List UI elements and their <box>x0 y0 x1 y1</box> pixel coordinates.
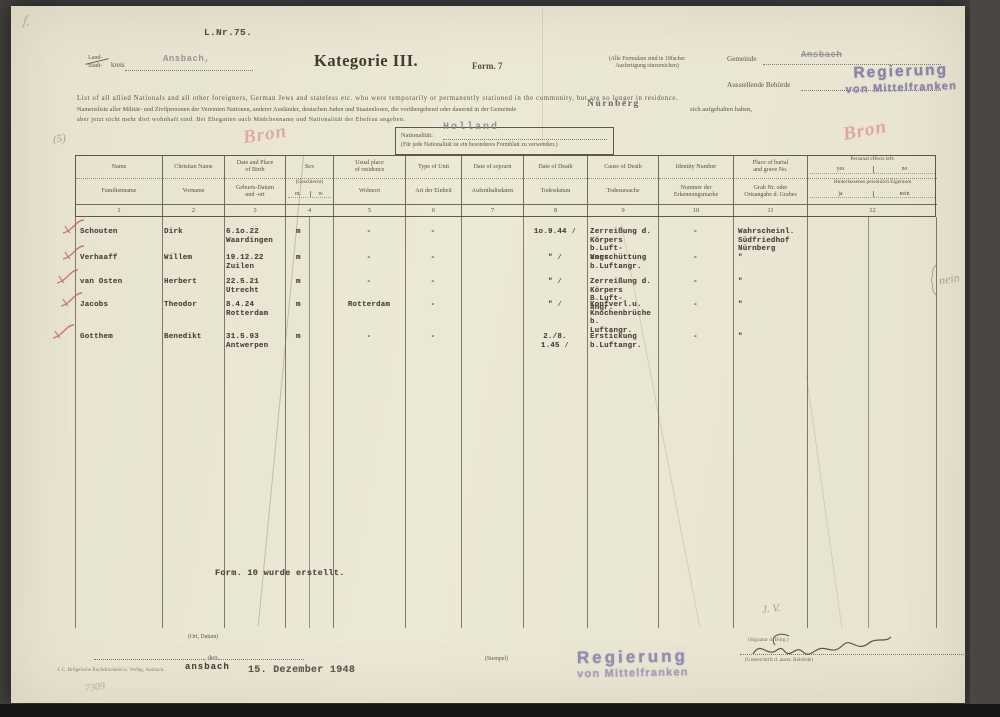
cell-r3-c4: m <box>285 278 333 287</box>
nationality-note: (Für jede Nationalität ist ein besondere… <box>401 142 558 149</box>
pencil-number: 7309 <box>84 681 105 694</box>
regierung-stamp-top: Regierung von Mittelfranken <box>821 60 982 97</box>
table-row: VerhaaffWillem19.12.22 Zuilenm--" ⁄Versc… <box>75 254 936 271</box>
cell-r4-c11: " <box>733 301 807 310</box>
stempel-label: (Stempel) <box>485 656 508 663</box>
form10-note: Form. 10 wurde erstellt. <box>215 568 345 578</box>
cell-r2-c1: Verhaaff <box>75 254 162 263</box>
scan-background-bottom <box>0 704 1000 717</box>
column-number: 3 <box>225 204 285 216</box>
paper-crease <box>542 8 543 146</box>
red-checkmark <box>59 292 83 308</box>
column-header-5: Usual place of residenceWohnort5 <box>334 156 406 216</box>
column-header-de: Nummer der Erkennungsmarke <box>659 179 733 204</box>
cell-r1-c8: 1o.9.44 ⁄ <box>523 228 587 237</box>
date-value: 15. Dezember 1948 <box>248 665 355 676</box>
intro-german-continuation: sich aufgehalten haben, <box>690 106 752 113</box>
cell-r5-c9: Erstickung b.Luftangr. <box>587 333 658 350</box>
cell-r2-c8: " ⁄ <box>523 254 587 263</box>
ort-datum-label: (Ort, Datum) <box>188 634 218 641</box>
column-header-en: Date of sojourn <box>462 156 523 179</box>
column-number: 1 <box>76 204 162 216</box>
cell-r4-c8: " ⁄ <box>523 301 587 310</box>
intro-german: Namensliste aller Militär- und Zivilpers… <box>77 106 516 113</box>
cell-r3-c3: 22.5.21 Utrecht <box>224 278 285 295</box>
header-sublabel: no <box>873 166 935 174</box>
cell-r5-c4: m <box>285 333 333 342</box>
regierung-stamp-bottom: Regierung von Mittelfranken <box>577 646 728 681</box>
jv-handwriting: J. V. <box>761 602 781 616</box>
header-sublabel: yes <box>810 166 871 174</box>
stadt-label: Stadt- <box>88 63 102 70</box>
nationality-value: Holland <box>443 122 499 133</box>
cell-r1-c1: Schouten <box>75 228 162 237</box>
cell-r5-c8: 2./8. 1.45 ⁄ <box>523 333 587 350</box>
cell-r1-c2: Dirk <box>162 228 224 237</box>
column-header-en: Usual place of residence <box>334 156 405 179</box>
form-number: Form. 7 <box>472 61 503 71</box>
pencil-ref-number: (5) <box>53 133 67 146</box>
gemeinde-blank-value: Nürnberg <box>587 99 640 109</box>
nationality-dotted-line <box>443 133 607 140</box>
column-header-10: Identity NumberNummer der Erkennungsmark… <box>659 156 734 216</box>
cell-r3-c8: " ⁄ <box>523 278 587 287</box>
red-checkmark <box>55 269 79 285</box>
header-sublabel: w. <box>310 191 331 199</box>
column-header-1: NameFamilienname1 <box>76 156 163 216</box>
cell-r5-c1: Gotthem <box>75 333 162 342</box>
nationality-label: Nationalität: <box>401 132 433 139</box>
column-number: 4 <box>286 204 333 216</box>
header-subrow: janein <box>809 185 936 204</box>
cell-r2-c2: Willem <box>162 254 224 263</box>
column-header-en: Date and Place of Birth <box>225 156 285 179</box>
column-header-6: Type of UnitArt der Einheit6 <box>406 156 462 216</box>
column-number: 5 <box>334 204 405 216</box>
column-header-en: Christian Name <box>163 156 224 179</box>
column-header-9: Cause of DeathTodesursache9 <box>588 156 659 216</box>
kreis-dotted-line <box>125 63 253 71</box>
table-row: JacobsTheodor8.4.24 RotterdammRotterdam-… <box>75 301 936 335</box>
column-header-4: Sex(Geschlecht)m.w.4 <box>286 156 334 216</box>
column-number: 9 <box>588 204 658 216</box>
table-body: SchoutenDirk6.1o.22 Waardingenm--1o.9.44… <box>75 217 936 628</box>
header-subrow: m.w. <box>287 185 332 204</box>
table-row: GotthemBenedikt31.5.93 Antwerpenm--2./8.… <box>75 333 936 350</box>
column-header-de: Familienname <box>76 179 162 204</box>
column-header-7: Date of sojournAufenthaltsdaten7 <box>462 156 524 216</box>
printer-imprint: J. C. Brügelsche Buchdruckerei u. Verlag… <box>57 667 165 674</box>
header-subrow: yesno <box>809 162 936 178</box>
doc-number: L.Nr.75. <box>204 27 252 38</box>
column-header-en: Place of burial and grave No. <box>734 156 807 179</box>
column-header-de: Todesdatum <box>524 179 587 204</box>
column-number: 12 <box>808 204 937 216</box>
cell-r1-c6: - <box>405 228 461 237</box>
cell-r5-c2: Benedikt <box>162 333 224 342</box>
cell-r3-c11: " <box>733 278 807 287</box>
column-number: 10 <box>659 204 733 216</box>
column-header-2: Christian NameVorname2 <box>163 156 225 216</box>
column-header-en: Identity Number <box>659 156 733 179</box>
pencil-corner-mark: f. <box>22 14 32 31</box>
cell-r5-c11: " <box>733 333 807 342</box>
cell-r1-c11: Wahrscheinl. Südfriedhof Nürnberg <box>733 228 807 254</box>
gemeinde-label: Gemeinde <box>727 56 757 63</box>
header-sublabel: nein <box>873 191 935 199</box>
header-sublabel: ja <box>810 191 871 199</box>
cell-r4-c6: - <box>405 301 461 310</box>
cell-r2-c10: - <box>658 254 733 263</box>
cell-r5-c3: 31.5.93 Antwerpen <box>224 333 285 350</box>
red-checkmark <box>61 219 85 235</box>
red-checkmark <box>51 324 75 340</box>
document-page: f. L.Nr.75. Kategorie III. Form. 7 (Alle… <box>11 6 965 703</box>
column-number: 7 <box>462 204 523 216</box>
cell-r2-c9: Verschüttung b.Luftangr. <box>587 254 658 271</box>
column-header-en: Personal effects left:yesno <box>808 156 937 179</box>
cell-r1-c4: m <box>285 228 333 237</box>
table-header: NameFamilienname1Christian NameVorname2D… <box>75 155 936 217</box>
pencil-nein: nein <box>938 270 961 288</box>
column-header-en: Name <box>76 156 162 179</box>
column-header-en: Sex <box>286 156 333 179</box>
behoerde-label: Ausstellende Behörde <box>727 82 790 89</box>
column-header-de: Todesursache <box>588 179 658 204</box>
column-number: 6 <box>406 204 461 216</box>
cell-r2-c3: 19.12.22 Zuilen <box>224 254 285 271</box>
column-header-de: Vorname <box>163 179 224 204</box>
cell-r3-c1: van Osten <box>75 278 162 287</box>
column-header-8: Date of DeathTodesdatum8 <box>524 156 588 216</box>
kreis-value: Ansbach, <box>163 54 210 64</box>
red-handwriting-right: Bron <box>841 116 889 146</box>
column-header-de: Aufenthaltsdaten <box>462 179 523 204</box>
foreigners-table: NameFamilienname1Christian NameVorname2D… <box>75 155 936 628</box>
intro-german-line2: aber jetzt nicht mehr dort wohnhaft sind… <box>77 116 405 123</box>
column-header-en: Type of Unit <box>406 156 461 179</box>
column-header-12: Personal effects left:yesnoHinterlassene… <box>808 156 937 216</box>
column-number: 8 <box>524 204 587 216</box>
cell-r5-c10: - <box>658 333 733 342</box>
column-header-11: Place of burial and grave No.Grab Nr. od… <box>734 156 808 216</box>
screenshot-stage: f. L.Nr.75. Kategorie III. Form. 7 (Alle… <box>0 0 1000 717</box>
cell-r5-c6: - <box>405 333 461 342</box>
cell-r3-c10: - <box>658 278 733 287</box>
column-header-de: Hinterlassenes persönlich Eigentumjanein <box>808 179 937 204</box>
copies-note: (Alle Formulare sind in 10facher Ausfert… <box>579 56 715 71</box>
cell-r1-c3: 6.1o.22 Waardingen <box>224 228 285 245</box>
cell-r4-c10: - <box>658 301 733 310</box>
column-header-de: Wohnort <box>334 179 405 204</box>
cell-r3-c5: - <box>333 278 405 287</box>
column-header-de: Geburts-Datum und -ort <box>225 179 285 204</box>
cell-r5-c5: - <box>333 333 405 342</box>
cell-r1-c10: - <box>658 228 733 237</box>
column-number: 11 <box>734 204 807 216</box>
cell-r4-c5: Rotterdam <box>333 301 405 310</box>
red-handwriting-left: Bron <box>242 121 289 150</box>
column-number: 2 <box>163 204 224 216</box>
cell-r4-c2: Theodor <box>162 301 224 310</box>
cell-r3-c2: Herbert <box>162 278 224 287</box>
signature-dotted-line <box>740 647 992 655</box>
column-header-3: Date and Place of BirthGeburts-Datum und… <box>225 156 286 216</box>
cell-r3-c6: - <box>405 278 461 287</box>
scan-background <box>970 0 1000 704</box>
cell-r4-c4: m <box>285 301 333 310</box>
column-header-de: Art der Einheit <box>406 179 461 204</box>
ort-value: ansbach <box>185 662 230 672</box>
column-header-en: Cause of Death <box>588 156 658 179</box>
category-title: Kategorie III. <box>314 51 418 71</box>
cell-r4-c9: Kopfverl.u. Knochenbrüche b. Luftangr. <box>587 301 658 335</box>
gemeinde-value: Ansbach <box>801 50 842 60</box>
cell-r2-c11: " <box>733 254 807 263</box>
cell-r1-c5: - <box>333 228 405 237</box>
column-header-de: Grab Nr. oder Ortsangabe d. Grabes <box>734 179 807 204</box>
cell-r2-c5: - <box>333 254 405 263</box>
cell-r4-c3: 8.4.24 Rotterdam <box>224 301 285 318</box>
red-checkmark <box>61 245 85 261</box>
kreis-label: kreis <box>111 62 125 69</box>
signature-small-label-bottom: (Unterschrift d. ausst. Behörde) <box>745 657 813 664</box>
column-header-en: Date of Death <box>524 156 587 179</box>
cell-r2-c6: - <box>405 254 461 263</box>
pencil-brace <box>927 264 939 296</box>
cell-r4-c1: Jacobs <box>75 301 162 310</box>
column-header-de: (Geschlecht)m.w. <box>286 179 333 204</box>
